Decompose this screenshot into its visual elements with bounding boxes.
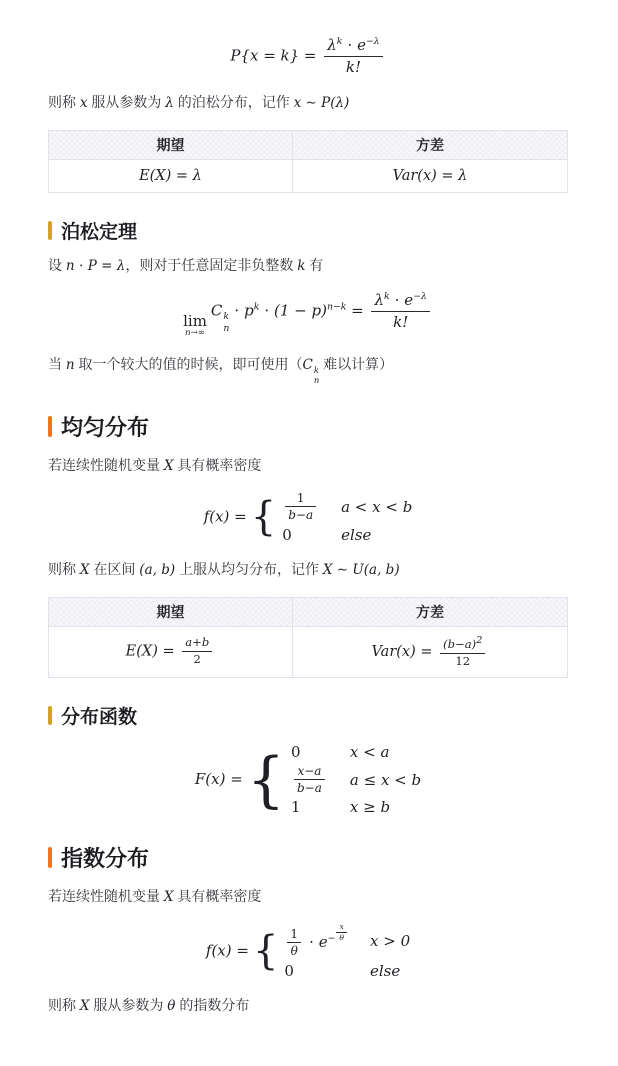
paragraph-exponential-definition: 则称 X 服从参数为 θ 的指数分布	[48, 994, 568, 1017]
math-run: X	[80, 562, 90, 578]
math-run: X	[164, 458, 174, 474]
heading-text: 均匀分布	[61, 411, 149, 442]
math-run: n	[66, 357, 75, 373]
text-run: 服从参数为	[88, 94, 166, 110]
math-run: Ckn	[302, 357, 319, 373]
math-run: x ∼ P(λ)	[294, 95, 350, 111]
section-heading-uniform: 均匀分布	[48, 411, 568, 442]
text-run: 当	[48, 356, 66, 372]
formula-lhs: f(x) =	[204, 507, 247, 525]
table-header-row: 期望 方差	[49, 598, 568, 627]
formula-poisson-pmf: P{x = k} = λk ⋅ e−λk!	[48, 36, 568, 77]
text-run: 设	[48, 257, 66, 273]
text-run: 若连续性随机变量	[48, 888, 164, 904]
heading-accent-bar	[48, 221, 52, 240]
table-header-expectation: 期望	[49, 598, 293, 627]
cell-variance: Var(x) = λ	[292, 159, 567, 192]
heading-text: 分布函数	[61, 702, 137, 729]
math-run: x	[80, 95, 88, 111]
text-run: ，则对于任意固定非负整数	[125, 257, 297, 273]
left-brace: {	[251, 497, 276, 537]
paragraph-uniform-definition: 则称 X 在区间 (a, b) 上服从均匀分布，记作 X ∼ U(a, b)	[48, 558, 568, 581]
text-run: 若连续性随机变量	[48, 457, 164, 473]
formula-lhs: f(x) =	[206, 941, 249, 959]
paragraph-theorem-note: 当 n 取一个较大的值的时候，即可使用（Ckn 难以计算）	[48, 353, 568, 385]
piecewise-cases: {1b−aa < x < b0else	[251, 491, 413, 544]
left-brace: {	[253, 931, 278, 971]
paragraph-exponential-intro: 若连续性随机变量 X 具有概率密度	[48, 885, 568, 908]
text-run: 上服从均匀分布，记作	[175, 561, 323, 577]
table-row: E(X) = λ Var(x) = λ	[49, 159, 568, 192]
fraction: a+b2	[182, 636, 212, 667]
cell-expectation: E(X) = a+b2	[49, 627, 293, 678]
paragraph-uniform-intro: 若连续性随机变量 X 具有概率密度	[48, 454, 568, 477]
formula-poisson-limit: limn→∞Ckn ⋅ pk ⋅ (1 − p)n−k = λk ⋅ e−λk!	[48, 291, 568, 339]
text-run: 则称	[48, 94, 80, 110]
left-brace: {	[247, 750, 285, 810]
table-header-variance: 方差	[292, 598, 567, 627]
fraction: 1b−a	[285, 491, 316, 523]
heading-text: 泊松定理	[61, 217, 137, 244]
math-run: X	[164, 889, 174, 905]
document-page: P{x = k} = λk ⋅ e−λk! 则称 x 服从参数为 λ 的泊松分布…	[0, 0, 618, 1066]
table-header-variance: 方差	[292, 130, 567, 159]
heading-text: 指数分布	[61, 842, 149, 873]
stats-table-uniform: 期望 方差 E(X) = a+b2 Var(x) = (b−a)212	[48, 597, 568, 678]
cell-expectation: E(X) = λ	[49, 159, 293, 192]
text-run: 则称	[48, 561, 80, 577]
formula-lhs: P{x = k} =	[230, 46, 321, 64]
text-run: 服从参数为	[90, 997, 168, 1013]
math-run: λ	[165, 95, 174, 111]
math-run: X ∼ U(a, b)	[323, 562, 400, 578]
formula-uniform-pdf: f(x) ={1b−aa < x < b0else	[48, 491, 568, 544]
table-row: E(X) = a+b2 Var(x) = (b−a)212	[49, 627, 568, 678]
section-heading-poisson-theorem: 泊松定理	[48, 217, 568, 244]
fraction: λk ⋅ e−λk!	[324, 36, 382, 77]
text-run: 则称	[48, 997, 80, 1013]
formula-uniform-cdf: F(x) ={0x < ax−ab−aa ≤ x < b1x ≥ b	[48, 743, 568, 817]
fraction: 1θ	[287, 927, 301, 959]
text-run: 的指数分布	[175, 997, 249, 1013]
limit-operator: limn→∞	[183, 313, 207, 339]
math-run: n ⋅ P = λ	[66, 258, 125, 274]
heading-accent-bar	[48, 706, 52, 725]
text-run: 在区间	[90, 561, 140, 577]
piecewise-cases: {0x < ax−ab−aa ≤ x < b1x ≥ b	[247, 743, 421, 817]
paragraph-poisson-definition: 则称 x 服从参数为 λ 的泊松分布，记作 x ∼ P(λ)	[48, 91, 568, 114]
fraction: λk ⋅ e−λk!	[371, 291, 429, 332]
piecewise-cases: {1θ ⋅ e−xθx > 00else	[253, 923, 410, 980]
section-heading-cdf: 分布函数	[48, 702, 568, 729]
formula-exponential-pdf: f(x) ={1θ ⋅ e−xθx > 00else	[48, 923, 568, 980]
text-run: 具有概率密度	[174, 457, 262, 473]
section-heading-exponential: 指数分布	[48, 842, 568, 873]
table-header-row: 期望 方差	[49, 130, 568, 159]
fraction: (b−a)212	[440, 635, 485, 669]
math-run: X	[80, 998, 90, 1014]
stats-table-poisson: 期望 方差 E(X) = λ Var(x) = λ	[48, 130, 568, 193]
paragraph-theorem-setup: 设 n ⋅ P = λ，则对于任意固定非负整数 k 有	[48, 254, 568, 277]
heading-accent-bar	[48, 416, 52, 437]
text-run: 难以计算）	[319, 356, 393, 372]
text-run: 取一个较大的值的时候，即可使用（	[75, 356, 303, 372]
math-run: (a, b)	[139, 562, 175, 578]
text-run: 有	[305, 257, 323, 273]
text-run: 具有概率密度	[174, 888, 262, 904]
table-header-expectation: 期望	[49, 130, 293, 159]
fraction: xθ	[336, 923, 347, 943]
cell-variance: Var(x) = (b−a)212	[292, 627, 567, 678]
heading-accent-bar	[48, 847, 52, 868]
formula-lhs: F(x) =	[195, 770, 243, 788]
text-run: 的泊松分布，记作	[174, 94, 294, 110]
fraction: x−ab−a	[294, 764, 325, 796]
